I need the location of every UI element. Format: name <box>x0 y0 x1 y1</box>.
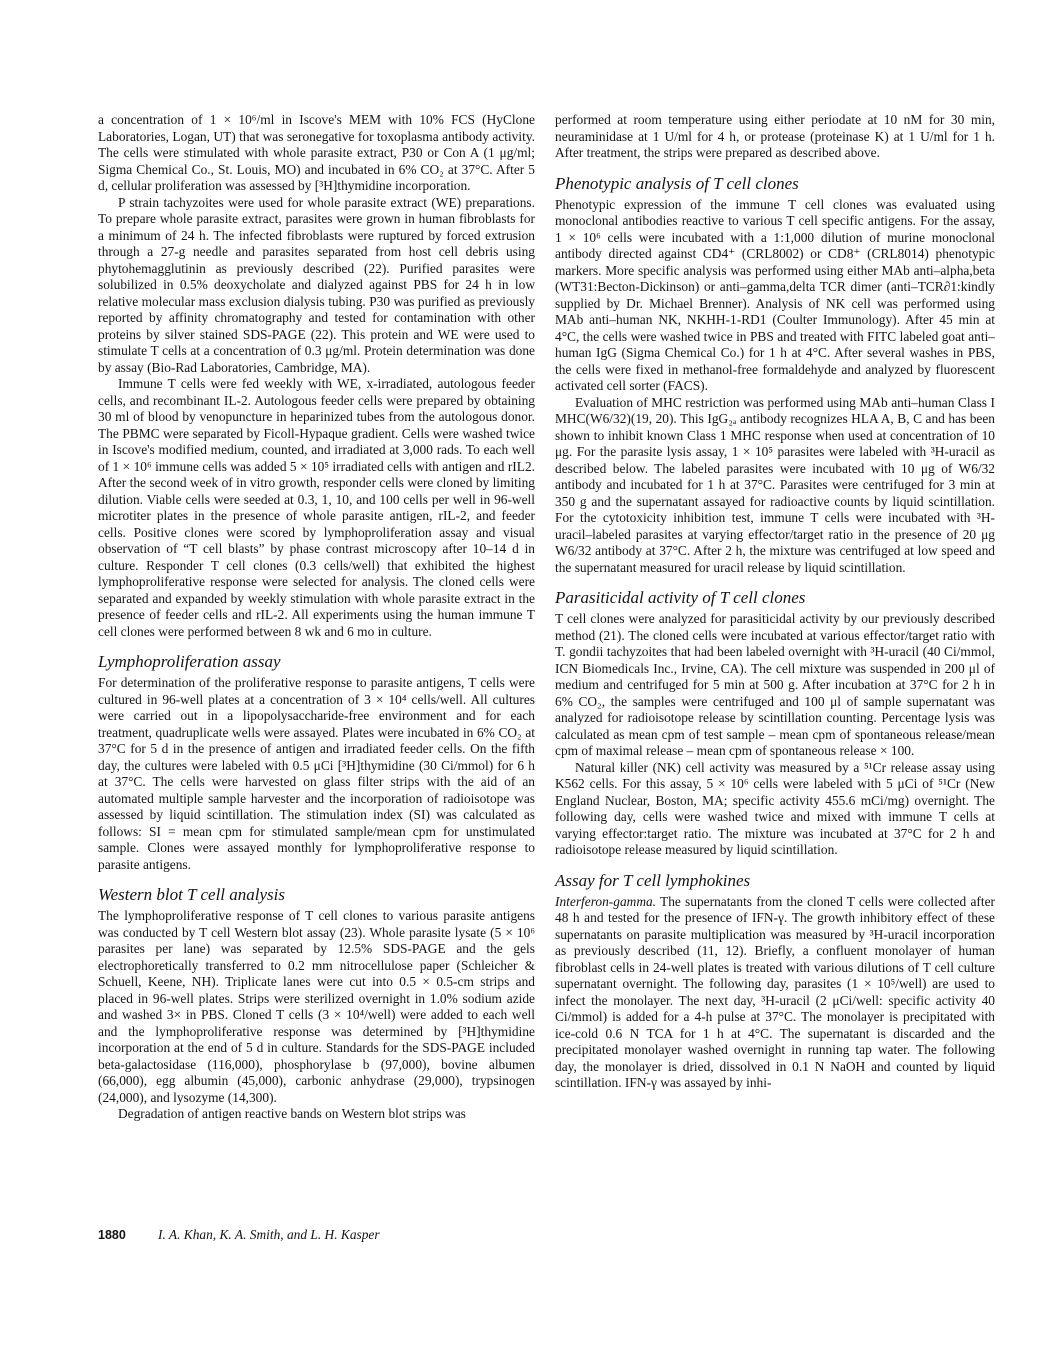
paragraph: T cell clones were analyzed for parasiti… <box>555 611 995 760</box>
paragraph: P strain tachyzoites were used for whole… <box>98 195 535 377</box>
paragraph: Evaluation of MHC restriction was perfor… <box>555 395 995 577</box>
paragraph: For determination of the proliferative r… <box>98 675 535 873</box>
running-authors: I. A. Khan, K. A. Smith, and L. H. Kaspe… <box>158 1227 380 1243</box>
section-heading: Parasiticidal activity of T cell clones <box>555 588 995 608</box>
right-column: performed at room temperature using eith… <box>555 112 995 1092</box>
paragraph: Degradation of antigen reactive bands on… <box>98 1106 535 1123</box>
paragraph: performed at room temperature using eith… <box>555 112 995 162</box>
section-heading: Western blot T cell analysis <box>98 885 535 905</box>
paragraph: The lymphoproliferative response of T ce… <box>98 908 535 1106</box>
left-column: a concentration of 1 × 10⁶/ml in Iscove'… <box>98 112 535 1123</box>
paragraph: Immune T cells were fed weekly with WE, … <box>98 376 535 640</box>
run-in-heading: Interferon-gamma. <box>555 894 656 909</box>
paragraph: Phenotypic expression of the immune T ce… <box>555 197 995 395</box>
page-footer: 1880 I. A. Khan, K. A. Smith, and L. H. … <box>98 1227 380 1243</box>
section-heading: Assay for T cell lymphokines <box>555 871 995 891</box>
paragraph-body: The supernatants from the cloned T cells… <box>555 894 995 1091</box>
section-heading: Lymphoproliferation assay <box>98 652 535 672</box>
paragraph: a concentration of 1 × 10⁶/ml in Iscove'… <box>98 112 535 195</box>
page-number: 1880 <box>98 1228 158 1242</box>
section-heading: Phenotypic analysis of T cell clones <box>555 174 995 194</box>
paragraph: Natural killer (NK) cell activity was me… <box>555 760 995 859</box>
paragraph: Interferon-gamma. The supernatants from … <box>555 894 995 1092</box>
